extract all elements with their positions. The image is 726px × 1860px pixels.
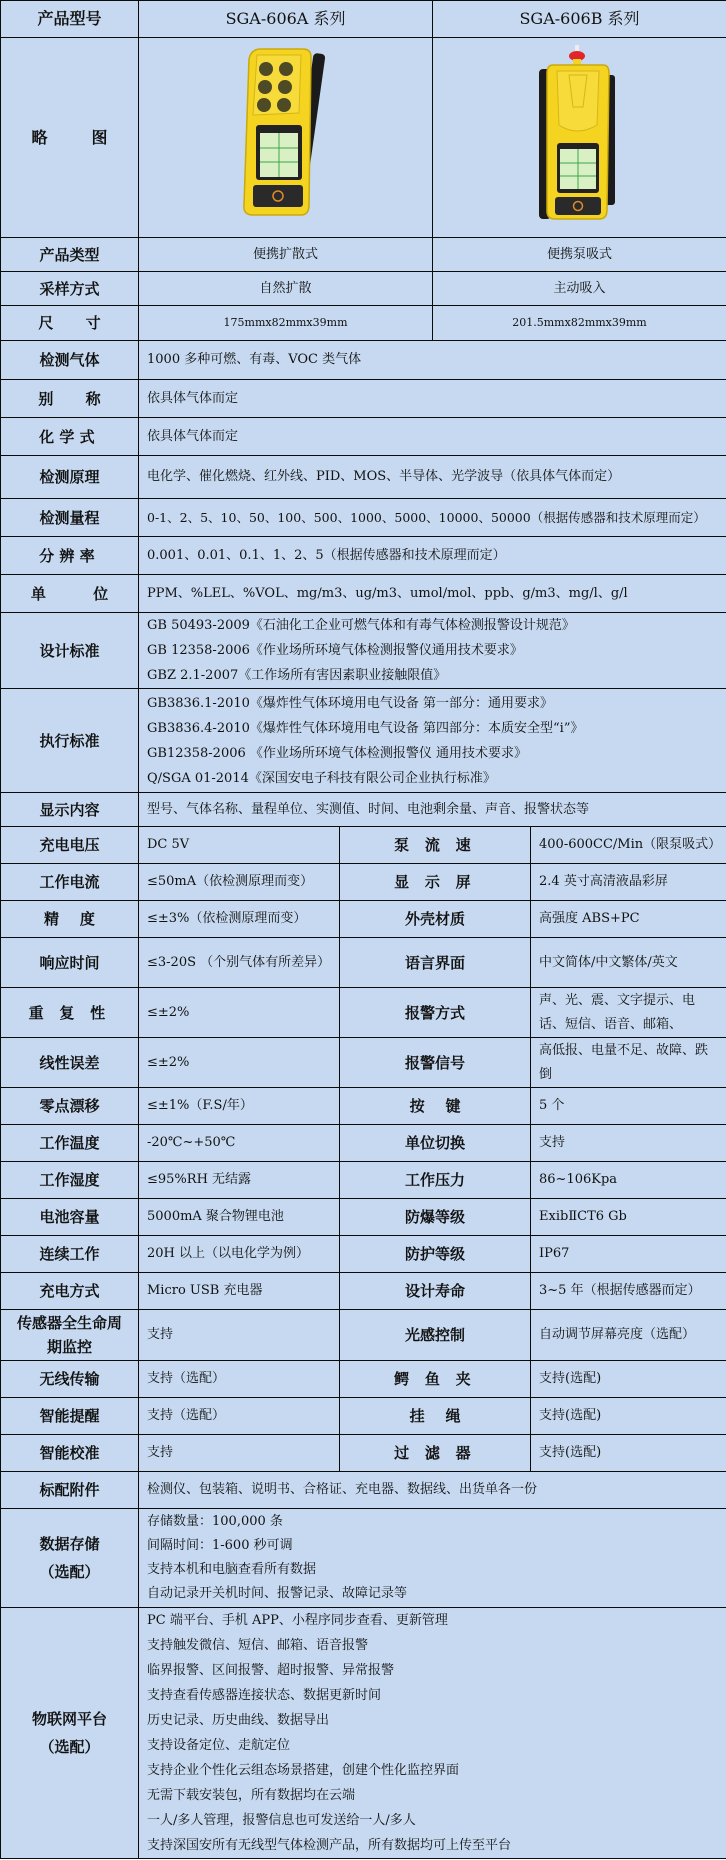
pair-row: 无线传输 支持（选配） 鳄 鱼 夹 支持(选配) — [1, 1361, 726, 1398]
iot-line: 无需下载安装包，所有数据均在云端 — [147, 1783, 718, 1808]
pair-label: 充电电压 — [1, 827, 139, 864]
pair-value: 声、光、震、文字提示、电话、短信、语音、邮箱、 — [531, 988, 726, 1038]
pair-row: 连续工作 20H 以上（以电化学为例） 防护等级 IP67 — [1, 1236, 726, 1273]
formula-value: 依具体气体而定 — [139, 418, 726, 456]
resolution-value: 0.001、0.01、0.1、1、2、5（根据传感器和技术原理而定） — [139, 537, 726, 575]
pair-value: 支持 — [531, 1125, 726, 1162]
model-label: 产品型号 — [1, 1, 139, 38]
storage-label: 数据存储 — [9, 1530, 130, 1558]
range-label: 检测量程 — [1, 499, 139, 537]
pair-value: 支持(选配) — [531, 1398, 726, 1435]
header-row: 产品型号 SGA-606A 系列 SGA-606B 系列 — [1, 1, 726, 38]
pair-value: 支持(选配) — [531, 1361, 726, 1398]
row-design-std: 设计标准 GB 50493-2009《石油化工企业可燃气体和有毒气体检测报警设计… — [1, 613, 726, 689]
sampling-b: 主动吸入 — [433, 272, 726, 306]
pair-row: 线性误差 ≤±2% 报警信号 高低报、电量不足、故障、跌倒 — [1, 1038, 726, 1088]
row-storage: 数据存储 （选配） 存储数量：100,000 条 间隔时间：1-600 秒可调 … — [1, 1509, 726, 1608]
pair-label: 工作压力 — [340, 1162, 531, 1199]
pair-value: 支持（选配） — [139, 1361, 340, 1398]
formula-label: 化学式 — [1, 418, 139, 456]
spec-table: 产品型号 SGA-606A 系列 SGA-606B 系列 略 图 — [0, 0, 726, 1859]
pair-label: 智能校准 — [1, 1435, 139, 1472]
row-product-type: 产品类型 便携扩散式 便携泵吸式 — [1, 238, 726, 272]
iot-line: 支持深国安所有无线型气体检测产品，所有数据均可上传至平台 — [147, 1833, 718, 1858]
row-principle: 检测原理 电化学、催化燃烧、红外线、PID、MOS、半导体、光学波导（依具体气体… — [1, 456, 726, 499]
pair-label: 单位切换 — [340, 1125, 531, 1162]
iot-line: PC 端平台、手机 APP、小程序同步查看、更新管理 — [147, 1608, 718, 1633]
row-iot: 物联网平台 （选配） PC 端平台、手机 APP、小程序同步查看、更新管理 支持… — [1, 1608, 726, 1859]
product-type-b: 便携泵吸式 — [433, 238, 726, 272]
principle-value: 电化学、催化燃烧、红外线、PID、MOS、半导体、光学波导（依具体气体而定） — [139, 456, 726, 499]
iot-label: 物联网平台 — [9, 1705, 130, 1733]
pair-label: 零点漂移 — [1, 1088, 139, 1125]
row-alias: 别 称 依具体气体而定 — [1, 380, 726, 418]
pair-row: 响应时间 ≤3-20S （个别气体有所差异） 语言界面 中文简体/中文繁体/英文 — [1, 938, 726, 988]
iot-optional-label: （选配） — [9, 1733, 130, 1761]
pair-label: 外壳材质 — [340, 901, 531, 938]
model-a: SGA-606A 系列 — [139, 1, 433, 38]
pair-label: 泵 流 速 — [340, 827, 531, 864]
pair-value: 支持 — [139, 1435, 340, 1472]
pair-row: 重 复 性 ≤±2% 报警方式 声、光、震、文字提示、电话、短信、语音、邮箱、 — [1, 988, 726, 1038]
exec-std-line: Q/SGA 01-2014《深国安电子科技有限公司企业执行标准》 — [147, 766, 718, 791]
row-size: 尺 寸 175mmx82mmx39mm 201.5mmx82mmx39mm — [1, 306, 726, 341]
device-b-cell — [433, 38, 726, 238]
pair-label: 重 复 性 — [1, 988, 139, 1038]
row-exec-std: 执行标准 GB3836.1-2010《爆炸性气体环境用电气设备 第一部分：通用要… — [1, 689, 726, 793]
iot-line: 支持设备定位、走航定位 — [147, 1733, 718, 1758]
pair-row: 工作温度 -20℃~+50℃ 单位切换 支持 — [1, 1125, 726, 1162]
iot-line: 支持查看传感器连接状态、数据更新时间 — [147, 1683, 718, 1708]
pair-row: 充电电压 DC 5V 泵 流 速 400-600CC/Min（限泵吸式） — [1, 827, 726, 864]
pair-label: 过 滤 器 — [340, 1435, 531, 1472]
pair-value: 400-600CC/Min（限泵吸式） — [531, 827, 726, 864]
exec-std-label: 执行标准 — [1, 689, 139, 793]
pair-row: 传感器全生命周期监控 支持 光感控制 自动调节屏幕亮度（选配） — [1, 1310, 726, 1361]
pair-label: 语言界面 — [340, 938, 531, 988]
pair-row: 精 度 ≤±3%（依检测原理而变） 外壳材质 高强度 ABS+PC — [1, 901, 726, 938]
row-display: 显示内容 型号、气体名称、量程单位、实测值、时间、电池剩余量、声音、报警状态等 — [1, 793, 726, 827]
exec-std-line: GB12358-2006 《作业场所环境气体检测报警仪 通用技术要求》 — [147, 741, 718, 766]
unit-value: PPM、%LEL、%VOL、mg/m3、ug/m3、umol/mol、ppb、g… — [139, 575, 726, 613]
pair-label: 防护等级 — [340, 1236, 531, 1273]
pair-value: 20H 以上（以电化学为例） — [139, 1236, 340, 1273]
iot-line: 临界报警、区间报警、超时报警、异常报警 — [147, 1658, 718, 1683]
pair-row: 工作湿度 ≤95%RH 无结露 工作压力 86~106Kpa — [1, 1162, 726, 1199]
pair-label: 电池容量 — [1, 1199, 139, 1236]
design-std-line: GBZ 2.1-2007《工作场所有害因素职业接触限值》 — [147, 663, 718, 688]
product-type-a: 便携扩散式 — [139, 238, 433, 272]
pair-label: 精 度 — [1, 901, 139, 938]
design-std-list: GB 50493-2009《石油化工企业可燃气体和有毒气体检测报警设计规范》 G… — [139, 613, 726, 689]
pair-row: 零点漂移 ≤±1%（F.S/年） 按 键 5 个 — [1, 1088, 726, 1125]
display-label: 显示内容 — [1, 793, 139, 827]
pair-label: 鳄 鱼 夹 — [340, 1361, 531, 1398]
pair-value: 高低报、电量不足、故障、跌倒 — [531, 1038, 726, 1088]
gases-label: 检测气体 — [1, 341, 139, 380]
pair-value: ≤95%RH 无结露 — [139, 1162, 340, 1199]
pair-value: 高强度 ABS+PC — [531, 901, 726, 938]
storage-list: 存储数量：100,000 条 间隔时间：1-600 秒可调 支持本机和电脑查看所… — [139, 1509, 726, 1608]
pair-value: ExibⅡCT6 Gb — [531, 1199, 726, 1236]
iot-line: 历史记录、历史曲线、数据导出 — [147, 1708, 718, 1733]
row-resolution: 分辨率 0.001、0.01、0.1、1、2、5（根据传感器和技术原理而定） — [1, 537, 726, 575]
pair-label: 光感控制 — [340, 1310, 531, 1361]
pair-label: 设计寿命 — [340, 1273, 531, 1310]
pair-row: 工作电流 ≤50mA（依检测原理而变） 显 示 屏 2.4 英寸高清液晶彩屏 — [1, 864, 726, 901]
row-range: 检测量程 0-1、2、5、10、50、100、500、1000、5000、100… — [1, 499, 726, 537]
pair-value: 86~106Kpa — [531, 1162, 726, 1199]
iot-line: 支持触发微信、短信、邮箱、语音报警 — [147, 1633, 718, 1658]
pair-label: 无线传输 — [1, 1361, 139, 1398]
pair-value: ≤±2% — [139, 988, 340, 1038]
sampling-label: 采样方式 — [1, 272, 139, 306]
pair-value: ≤3-20S （个别气体有所差异） — [139, 938, 340, 988]
alias-value: 依具体气体而定 — [139, 380, 726, 418]
pair-label: 显 示 屏 — [340, 864, 531, 901]
display-value: 型号、气体名称、量程单位、实测值、时间、电池剩余量、声音、报警状态等 — [139, 793, 726, 827]
resolution-label: 分辨率 — [1, 537, 139, 575]
image-row: 略 图 — [1, 38, 726, 238]
gases-value: 1000 多种可燃、有毒、VOC 类气体 — [139, 341, 726, 380]
unit-label: 单 位 — [1, 575, 139, 613]
storage-line: 支持本机和电脑查看所有数据 — [147, 1558, 718, 1582]
pair-label: 防爆等级 — [340, 1199, 531, 1236]
storage-line: 间隔时间：1-600 秒可调 — [147, 1534, 718, 1558]
pair-label: 报警信号 — [340, 1038, 531, 1088]
row-unit: 单 位 PPM、%LEL、%VOL、mg/m3、ug/m3、umol/mol、p… — [1, 575, 726, 613]
iot-line: 支持企业个性化云组态场景搭建，创建个性化监控界面 — [147, 1758, 718, 1783]
pair-label: 挂 绳 — [340, 1398, 531, 1435]
pair-label: 响应时间 — [1, 938, 139, 988]
accessories-value: 检测仪、包装箱、说明书、合格证、充电器、数据线、出货单各一份 — [139, 1472, 726, 1509]
pair-label: 传感器全生命周期监控 — [1, 1310, 139, 1361]
storage-line: 自动记录开关机时间、报警记录、故障记录等 — [147, 1582, 718, 1606]
pair-value: 5 个 — [531, 1088, 726, 1125]
iot-label-cell: 物联网平台 （选配） — [1, 1608, 139, 1859]
pair-value: ≤50mA（依检测原理而变） — [139, 864, 340, 901]
alias-label: 别 称 — [1, 380, 139, 418]
pair-value: 支持 — [139, 1310, 340, 1361]
pair-label: 连续工作 — [1, 1236, 139, 1273]
pair-value: 5000mA 聚合物锂电池 — [139, 1199, 340, 1236]
pair-value: 支持（选配） — [139, 1398, 340, 1435]
pair-value: DC 5V — [139, 827, 340, 864]
storage-label-cell: 数据存储 （选配） — [1, 1509, 139, 1608]
pair-value: 3~5 年（根据传感器而定） — [531, 1273, 726, 1310]
size-label: 尺 寸 — [1, 306, 139, 341]
iot-list: PC 端平台、手机 APP、小程序同步查看、更新管理 支持触发微信、短信、邮箱、… — [139, 1608, 726, 1859]
storage-optional-label: （选配） — [9, 1558, 130, 1586]
accessories-label: 标配附件 — [1, 1472, 139, 1509]
principle-label: 检测原理 — [1, 456, 139, 499]
row-formula: 化学式 依具体气体而定 — [1, 418, 726, 456]
size-a: 175mmx82mmx39mm — [139, 306, 433, 341]
exec-std-line: GB3836.4-2010《爆炸性气体环境用电气设备 第四部分：本质安全型“i”… — [147, 716, 718, 741]
gas-detector-pump-icon — [525, 45, 635, 225]
pair-row: 充电方式 Micro USB 充电器 设计寿命 3~5 年（根据传感器而定） — [1, 1273, 726, 1310]
pair-label: 工作温度 — [1, 1125, 139, 1162]
pair-label: 报警方式 — [340, 988, 531, 1038]
pair-label: 充电方式 — [1, 1273, 139, 1310]
storage-line: 存储数量：100,000 条 — [147, 1510, 718, 1534]
exec-std-line: GB3836.1-2010《爆炸性气体环境用电气设备 第一部分：通用要求》 — [147, 691, 718, 716]
pair-value: IP67 — [531, 1236, 726, 1273]
gas-detector-diffusion-icon — [231, 45, 341, 225]
pair-label: 工作湿度 — [1, 1162, 139, 1199]
pair-label: 工作电流 — [1, 864, 139, 901]
image-label: 略 图 — [1, 38, 139, 238]
iot-line: 一人/多人管理，报警信息也可发送给一人/多人 — [147, 1808, 718, 1833]
pair-label: 线性误差 — [1, 1038, 139, 1088]
model-b: SGA-606B 系列 — [433, 1, 726, 38]
pair-row: 智能校准 支持 过 滤 器 支持(选配) — [1, 1435, 726, 1472]
product-type-label: 产品类型 — [1, 238, 139, 272]
device-a-cell — [139, 38, 433, 238]
pair-value: ≤±1%（F.S/年） — [139, 1088, 340, 1125]
row-sampling: 采样方式 自然扩散 主动吸入 — [1, 272, 726, 306]
row-accessories: 标配附件 检测仪、包装箱、说明书、合格证、充电器、数据线、出货单各一份 — [1, 1472, 726, 1509]
design-std-line: GB 12358-2006《作业场所环境气体检测报警仪通用技术要求》 — [147, 638, 718, 663]
exec-std-list: GB3836.1-2010《爆炸性气体环境用电气设备 第一部分：通用要求》 GB… — [139, 689, 726, 793]
pair-label: 智能提醒 — [1, 1398, 139, 1435]
design-std-label: 设计标准 — [1, 613, 139, 689]
range-value: 0-1、2、5、10、50、100、500、1000、5000、10000、50… — [139, 499, 726, 537]
sampling-a: 自然扩散 — [139, 272, 433, 306]
size-b: 201.5mmx82mmx39mm — [433, 306, 726, 341]
pair-value: ≤±2% — [139, 1038, 340, 1088]
pair-value: 中文简体/中文繁体/英文 — [531, 938, 726, 988]
pair-value: Micro USB 充电器 — [139, 1273, 340, 1310]
pair-value: 自动调节屏幕亮度（选配） — [531, 1310, 726, 1361]
pair-value: ≤±3%（依检测原理而变） — [139, 901, 340, 938]
row-gases: 检测气体 1000 多种可燃、有毒、VOC 类气体 — [1, 341, 726, 380]
pair-value: 支持(选配) — [531, 1435, 726, 1472]
pair-value: 2.4 英寸高清液晶彩屏 — [531, 864, 726, 901]
pair-label: 按 键 — [340, 1088, 531, 1125]
design-std-line: GB 50493-2009《石油化工企业可燃气体和有毒气体检测报警设计规范》 — [147, 613, 718, 638]
pair-value: -20℃~+50℃ — [139, 1125, 340, 1162]
pair-row: 电池容量 5000mA 聚合物锂电池 防爆等级 ExibⅡCT6 Gb — [1, 1199, 726, 1236]
pair-row: 智能提醒 支持（选配） 挂 绳 支持(选配) — [1, 1398, 726, 1435]
